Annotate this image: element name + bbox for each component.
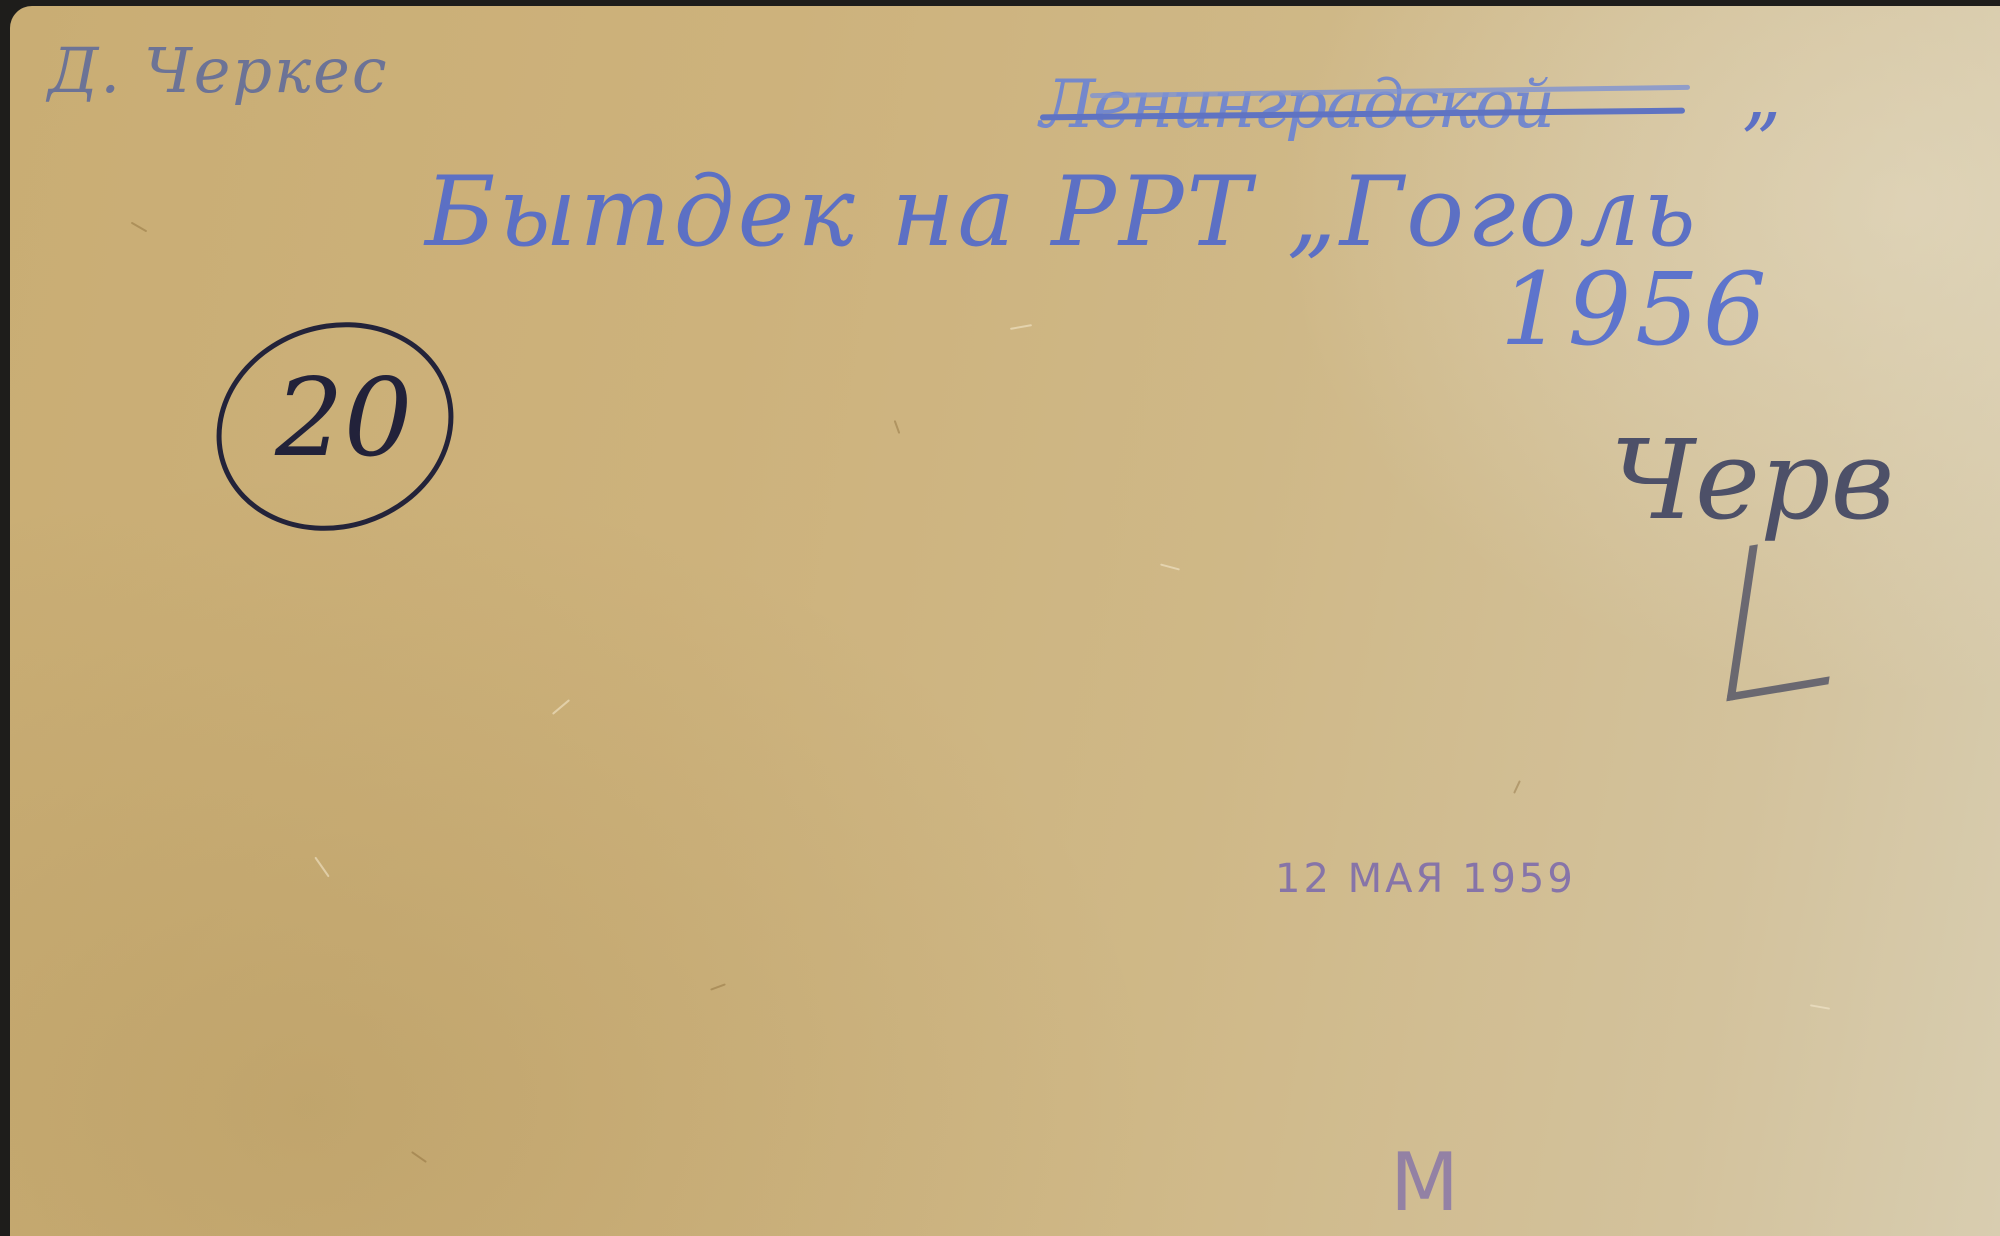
paper-fiber xyxy=(1810,1004,1830,1009)
initials-signature: Черв xyxy=(1610,416,1895,544)
paper-fiber xyxy=(894,420,901,434)
paper-fiber xyxy=(710,983,726,990)
paper-fiber xyxy=(314,857,329,878)
paper-fiber xyxy=(411,1151,427,1163)
paper-fiber xyxy=(552,699,570,715)
bottom-stamp-mark: М xyxy=(1390,1136,1459,1229)
archival-card: Д. Черкес Ленинградской Бытдек на РРТ „Г… xyxy=(10,6,2000,1236)
paper-fiber xyxy=(1160,563,1180,570)
paper-fiber xyxy=(131,222,148,233)
date-stamp: 12 МАЯ 1959 xyxy=(1275,856,1576,902)
author-note: Д. Черкес xyxy=(48,34,389,107)
paper-fiber xyxy=(1513,780,1521,794)
signature-flourish xyxy=(1726,529,1851,702)
circled-number: 20 xyxy=(275,356,412,481)
closing-quote: ” xyxy=(1740,96,1781,189)
paper-fiber xyxy=(1010,324,1032,330)
year-note: 1956 xyxy=(1500,251,1771,368)
struck-through-text: Ленинградской xyxy=(1040,66,1553,143)
